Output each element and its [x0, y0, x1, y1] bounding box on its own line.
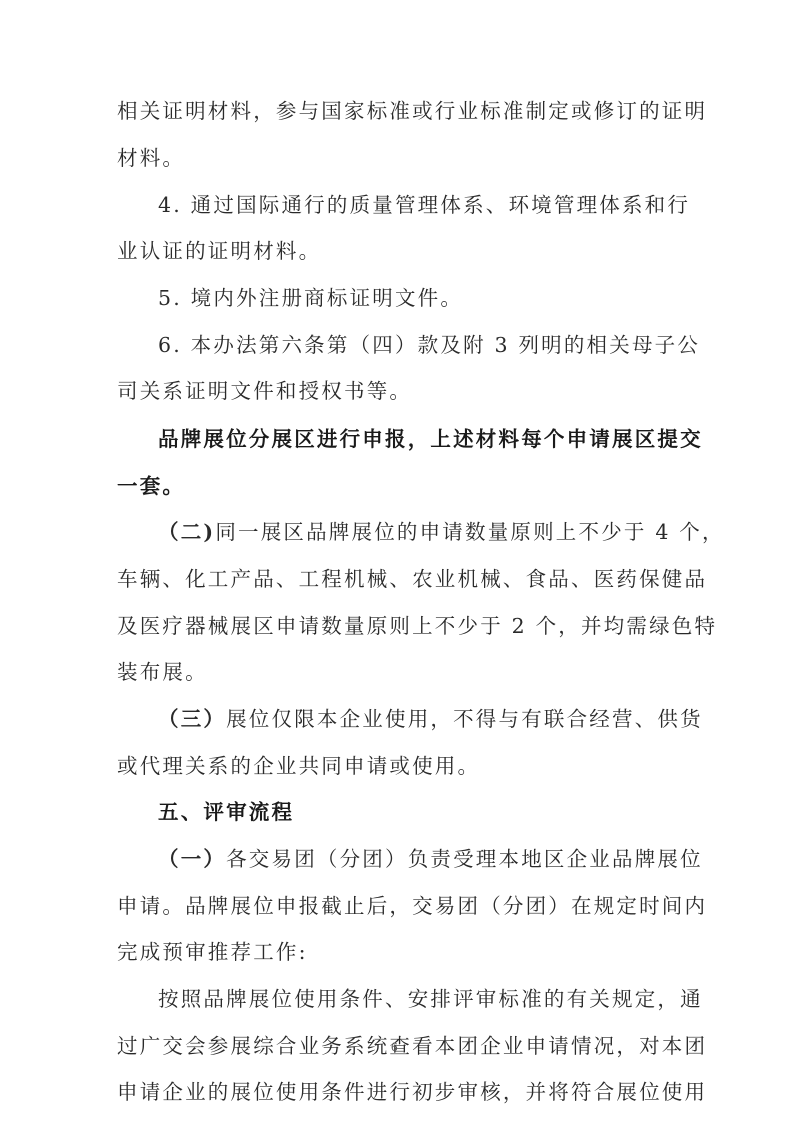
- text-line: （二)同一展区品牌展位的申请数量原则上不少于 4 个，: [158, 518, 677, 546]
- text-line: 申请。品牌展位申报截止后，交易团（分团）在规定时间内: [117, 892, 677, 920]
- page-number: 6: [391, 1040, 398, 1054]
- item-text: 各交易团（分团）负责受理本地区企业品牌展位: [226, 847, 703, 871]
- text-line: 完成预审推荐工作:: [117, 938, 677, 966]
- text-line: 一套。: [117, 472, 677, 500]
- section-heading: 五、评审流程: [158, 798, 718, 826]
- item-number: （一）: [158, 847, 226, 871]
- document-page: 相关证明材料，参与国家标准或行业标准制定或修订的证明材料。4. 通过国际通行的质…: [0, 0, 793, 1121]
- item-number: （二): [158, 520, 215, 544]
- item-text: 展位仅限本企业使用，不得与有联合经营、供货: [226, 707, 703, 731]
- text-line: 业认证的证明材料。: [117, 237, 677, 265]
- text-line: 材料。: [117, 144, 677, 172]
- text-line: 相关证明材料，参与国家标准或行业标准制定或修订的证明: [117, 97, 677, 125]
- text-line: 申请企业的展位使用条件进行初步审核，并将符合展位使用: [117, 1078, 677, 1106]
- text-line: 或代理关系的企业共同申请或使用。: [117, 752, 677, 780]
- text-line: 装布展。: [117, 658, 677, 686]
- text-line: 5. 境内外注册商标证明文件。: [158, 284, 718, 312]
- text-line: 司关系证明文件和授权书等。: [117, 377, 677, 405]
- text-line: 车辆、化工产品、工程机械、农业机械、食品、医药保健品: [117, 565, 677, 593]
- text-line: （一）各交易团（分团）负责受理本地区企业品牌展位: [158, 845, 677, 873]
- text-line: 按照品牌展位使用条件、安排评审标准的有关规定，通: [158, 985, 677, 1013]
- text-line: 及医疗器械展区申请数量原则上不少于 2 个，并均需绿色特: [117, 612, 677, 640]
- text-line: （三）展位仅限本企业使用，不得与有联合经营、供货: [158, 705, 677, 733]
- item-number: （三）: [158, 707, 226, 731]
- text-line: 品牌展位分展区进行申报，上述材料每个申请展区提交: [158, 425, 677, 453]
- text-line: 4. 通过国际通行的质量管理体系、环境管理体系和行: [158, 191, 677, 219]
- text-line: 6. 本办法第六条第（四）款及附 3 列明的相关母子公: [158, 331, 677, 359]
- item-text: 同一展区品牌展位的申请数量原则上不少于 4 个，: [215, 520, 724, 544]
